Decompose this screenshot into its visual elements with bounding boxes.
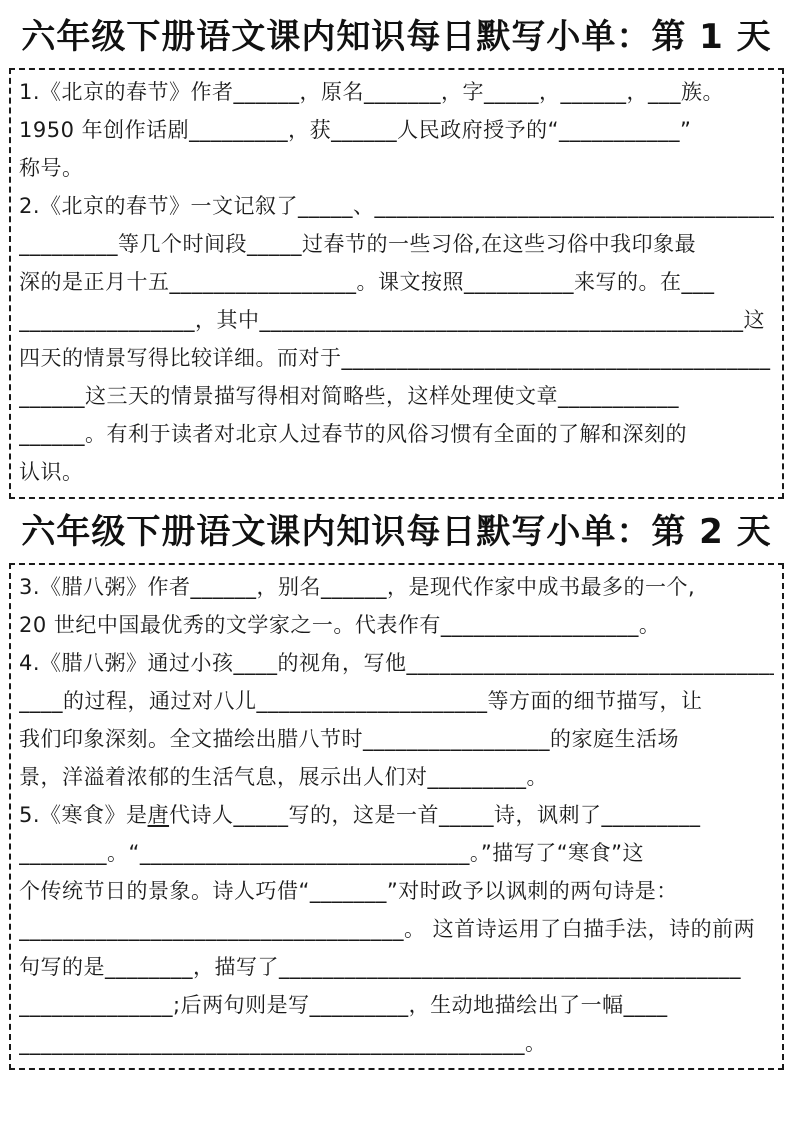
question-line: ____的过程，通过对八儿_____________________等方面的细节… (19, 682, 774, 720)
question-line: ______。有利于读者对北京人过春节的风俗习惯有全面的了解和深刻的 (19, 415, 774, 453)
question-line: 认识。 (19, 453, 774, 491)
question-box-day1: 1.《北京的春节》作者______，原名_______，字_____，_____… (9, 68, 784, 499)
question-line: 称号。 (19, 149, 774, 187)
question-box-day2: 3.《腊八粥》作者______，别名______，是现代作家中成书最多的一个,2… (9, 563, 784, 1070)
question-line: 句写的是________，描写了________________________… (19, 948, 774, 986)
question-line: 1.《北京的春节》作者______，原名_______，字_____，_____… (19, 73, 774, 111)
question-line: 1950 年创作话剧_________，获______人民政府授予的“_____… (19, 111, 774, 149)
section-title-day2: 六年级下册语文课内知识每日默写小单：第 2 天 (0, 509, 793, 555)
question-line: _________等几个时间段_____过春节的一些习俗,在这些习俗中我印象最 (19, 225, 774, 263)
section-title-day1: 六年级下册语文课内知识每日默写小单：第 1 天 (0, 14, 793, 60)
question-line: 3.《腊八粥》作者______，别名______，是现代作家中成书最多的一个, (19, 568, 774, 606)
question-line: 个传统节日的景象。诗人巧借“_______”对时政予以讽刺的两句诗是： (19, 872, 774, 910)
question-line: ________________________________________… (19, 1024, 774, 1062)
worksheet-section-day2: 六年级下册语文课内知识每日默写小单：第 2 天 3.《腊八粥》作者______，… (0, 509, 793, 1070)
question-line: 5.《寒食》是唐代诗人_____写的，这是一首_____诗，讽刺了_______… (19, 796, 774, 834)
underlined-char: 唐 (148, 803, 170, 827)
question-line: 四天的情景写得比较详细。而对于_________________________… (19, 339, 774, 377)
question-line: ________。“______________________________… (19, 834, 774, 872)
question-line: 深的是正月十五_________________。课文按照__________来… (19, 263, 774, 301)
question-line: ______________;后两句则是写_________，生动地描绘出了一幅… (19, 986, 774, 1024)
worksheet-section-day1: 六年级下册语文课内知识每日默写小单：第 1 天 1.《北京的春节》作者_____… (0, 14, 793, 499)
question-line: ___________________________________。 这首诗… (19, 910, 774, 948)
question-line: 2.《北京的春节》一文记叙了_____、____________________… (19, 187, 774, 225)
worksheet-page: 六年级下册语文课内知识每日默写小单：第 1 天 1.《北京的春节》作者_____… (0, 0, 793, 1070)
question-line: ______这三天的情景描写得相对简略些，这样处理使文章___________ (19, 377, 774, 415)
question-line: 我们印象深刻。全文描绘出腊八节时_________________的家庭生活场 (19, 720, 774, 758)
question-line: 景，洋溢着浓郁的生活气息，展示出人们对_________。 (19, 758, 774, 796)
line-segment: 5.《寒食》是 (19, 803, 148, 827)
line-segment: 代诗人_____写的，这是一首_____诗，讽刺了_________ (169, 803, 701, 827)
question-line: 20 世纪中国最优秀的文学家之一。代表作有__________________。 (19, 606, 774, 644)
question-line: ________________，其中_____________________… (19, 301, 774, 339)
question-line: 4.《腊八粥》通过小孩____的视角，写他___________________… (19, 644, 774, 682)
